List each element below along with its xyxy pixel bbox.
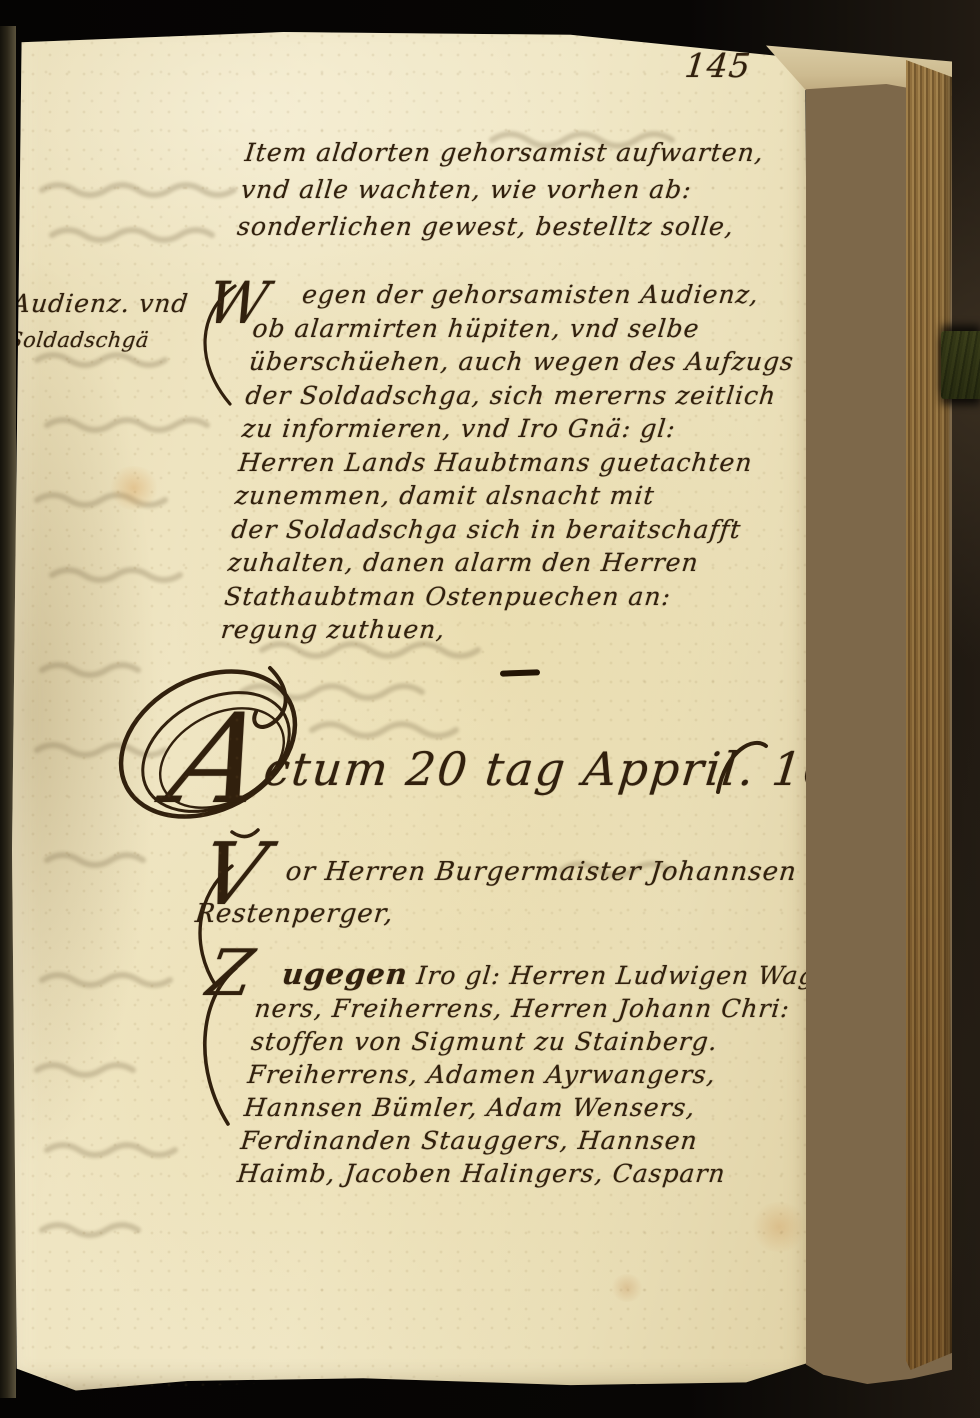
book-spine-shadow-strip [0, 26, 16, 1398]
paper-grain-overlay [12, 30, 810, 1396]
clasp-ribbon [941, 331, 980, 399]
outer-leaves-ridge [906, 56, 952, 1374]
